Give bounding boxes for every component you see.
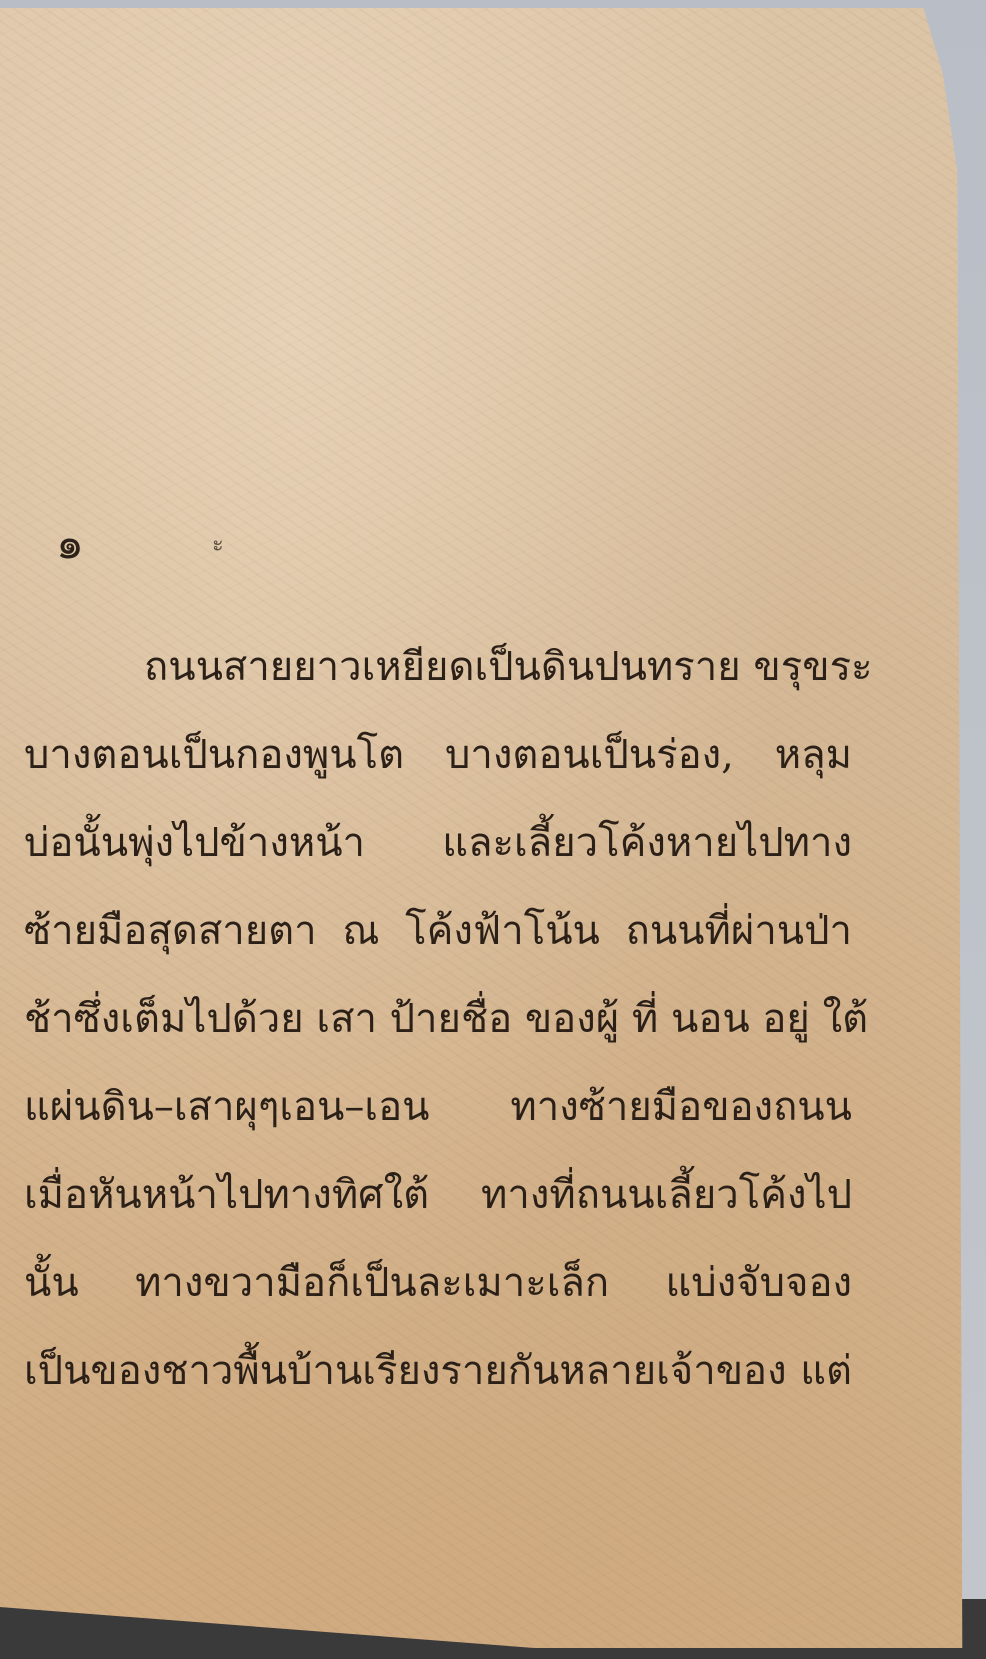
text-line-8: นั้น ทางขวามือก็เป็นละเมาะเล็ก แบ่งจับจอ…: [24, 1239, 852, 1327]
text-line-3: บ่อนั้นพุ่งไปข้างหน้า และเลี้ยวโค้งหายไป…: [24, 799, 852, 887]
book-page: ๑ ะ ถนนสายยาวเหยียดเป็นดินปนทราย ขรุขระ …: [0, 8, 972, 1648]
text-line-6: แผ่นดิน–เสาผุๆเอน–เอน ทางซ้ายมือของถนน: [24, 1063, 852, 1151]
chapter-mark: ะ: [212, 526, 224, 561]
text-line-5: ช้าซึ่งเต็มไปด้วย เสา ป้ายชื่อ ของผู้ ที…: [24, 975, 852, 1063]
chapter-number: ๑: [56, 508, 86, 578]
text-line-4: ซ้ายมือสุดสายตา ณ โค้งฟ้าโน้น ถนนที่ผ่าน…: [24, 887, 852, 975]
text-line-2: บางตอนเป็นกองพูนโต บางตอนเป็นร่อง, หลุม: [24, 711, 852, 799]
photo-scene: ๑ ะ ถนนสายยาวเหยียดเป็นดินปนทราย ขรุขระ …: [0, 0, 986, 1659]
text-line-7: เมื่อหันหน้าไปทางทิศใต้ ทางที่ถนนเลี้ยวโ…: [24, 1151, 852, 1239]
text-line-1: ถนนสายยาวเหยียดเป็นดินปนทราย ขรุขระ: [24, 623, 852, 711]
body-text: ถนนสายยาวเหยียดเป็นดินปนทราย ขรุขระ บางต…: [24, 623, 852, 1415]
text-line-9: เป็นของชาวพื้นบ้านเรียงรายกันหลายเจ้าของ…: [24, 1327, 852, 1415]
